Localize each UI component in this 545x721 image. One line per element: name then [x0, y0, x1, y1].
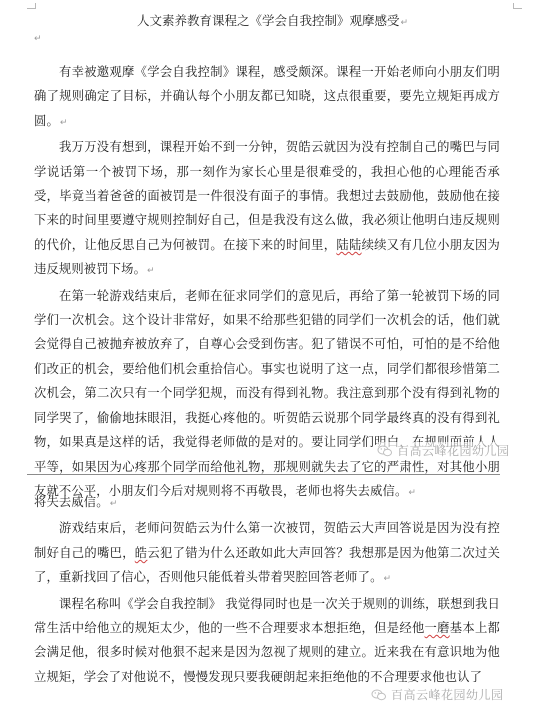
watermark-kindergarten-bottom: 百高云峰花园幼儿园: [371, 686, 504, 703]
spellcheck-flagged-word: 一磨: [425, 621, 450, 635]
document-section-bottom: 将失去威信。↵ 游戏结束后，老师问贺皓云为什么第一次被罚，贺皓云大声回答说是因为…: [34, 490, 500, 689]
empty-paragraph-mark-icon: ↵: [34, 34, 42, 44]
paragraph-text: 我万万没有想到，课程开始不到一分钟，贺皓云就因为没有控制自己的嘴巴与同学说话第一…: [34, 140, 500, 252]
paragraph-mark-icon: ↵: [147, 266, 155, 276]
spellcheck-flagged-word: 陆陆: [336, 238, 361, 252]
margin-corner-mark-top-right: [513, 3, 522, 9]
wechat-icon: [371, 689, 387, 701]
watermark-text: 百高云峰花园幼儿园: [397, 442, 510, 459]
paragraph-first-penalty: 我万万没有想到，课程开始不到一分钟，贺皓云就因为没有控制自己的嘴巴与同学说话第一…: [34, 135, 500, 283]
watermark-kindergarten: 百高云峰花园幼儿园: [377, 442, 510, 459]
spellcheck-flagged-word: 皓: [135, 546, 148, 560]
paragraph-mark-icon: ↵: [110, 499, 118, 509]
document-section-top: 有幸被邀观摩《学会自我控制》课程，感受颇深。课程一开始老师向小朋友们明确了规则确…: [34, 60, 500, 505]
paragraph-reflection: 课程名称叫《学会自我控制》 我觉得同时也是一次关于规则的训练，联想到我日常生活中…: [34, 592, 500, 690]
watermark-text: 百高云峰花园幼儿园: [391, 686, 504, 703]
paragraph-intro: 有幸被邀观摩《学会自我控制》课程，感受颇深。课程一开始老师向小朋友们明确了规则确…: [34, 60, 500, 135]
paragraph-mark-icon: ↵: [384, 574, 392, 584]
wechat-icon: [377, 445, 393, 457]
margin-corner-mark-top-left: [27, 3, 36, 9]
paragraph-mark-icon: ↵: [60, 118, 68, 128]
paragraph-mark-icon: ↵: [400, 18, 408, 28]
paragraph-text: 将失去威信。: [34, 495, 109, 509]
document-page: 人文素养教育课程之《学会自我控制》观摩感受↵ ↵ 有幸被邀观摩《学会自我控制》课…: [0, 0, 545, 721]
paragraph-carryover: 将失去威信。↵: [34, 490, 500, 516]
screenshot-divider: [27, 474, 500, 475]
paragraph-text: 有幸被邀观摩《学会自我控制》课程，感受颇深。课程一开始老师向小朋友们明确了规则确…: [34, 65, 500, 128]
paragraph-after-game: 游戏结束后，老师问贺皓云为什么第一次被罚，贺皓云大声回答说是因为没有控制好自己的…: [34, 516, 500, 591]
paragraph-text: 在第一轮游戏结束后，老师在征求同学们的意见后，再给了第一轮被罚下场的同学们一次机…: [34, 289, 500, 498]
document-title-text: 人文素养教育课程之《学会自我控制》观摩感受: [137, 13, 400, 28]
paragraph-second-chance: 在第一轮游戏结束后，老师在征求同学们的意见后，再给了第一轮被罚下场的同学们一次机…: [34, 284, 500, 506]
document-title: 人文素养教育课程之《学会自我控制》观摩感受↵: [0, 13, 545, 31]
